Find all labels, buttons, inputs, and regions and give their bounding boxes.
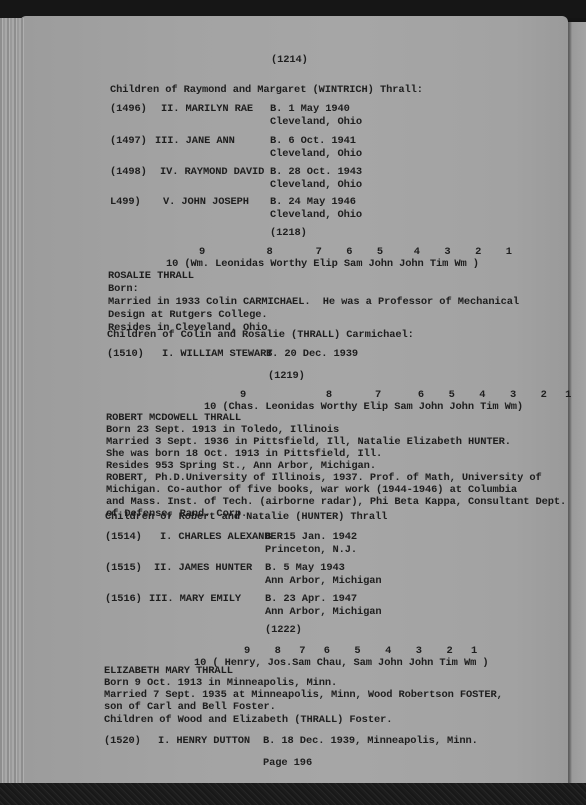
child-name: II. JAMES HUNTER (154, 562, 252, 575)
children-intro-1214: Children of Raymond and Margaret (WINTRI… (110, 84, 423, 97)
child-birth: B. 5 May 1943 (265, 562, 345, 575)
page-number: Page 196 (263, 757, 312, 770)
scan-bottom-background (0, 783, 586, 805)
book-gutter (568, 22, 586, 784)
child-place: Ann Arbor, Michigan (265, 575, 382, 588)
child-birth: B. 28 Oct. 1943 (270, 166, 362, 179)
child-name: III. MARY EMILY (149, 593, 241, 606)
section-heading-1218: (1218) (270, 227, 307, 240)
child-name: I. WILLIAM STEWART (162, 348, 272, 361)
children-intro-1219: Children of Robert and Natalie (HUNTER) … (105, 511, 387, 524)
child-number: (1516) (105, 593, 142, 606)
section-heading-1219: (1219) (268, 370, 305, 383)
child-birth: B. 20 Dec. 1939 (266, 348, 358, 361)
person-name: ROSALIE THRALL (108, 270, 194, 283)
child-place: Cleveland, Ohio (270, 116, 362, 129)
lineage-line: 10 (Wm. Leonidas Worthy Elip Sam John Jo… (166, 258, 479, 271)
section-heading-1222: (1222) (265, 624, 302, 637)
children-intro-1222: Children of Wood and Elizabeth (THRALL) … (104, 714, 392, 727)
child-birth: B. 24 May 1946 (270, 196, 356, 209)
child-place: Cleveland, Ohio (270, 209, 362, 222)
children-intro-1218: Children of Colin and Rosalie (THRALL) C… (107, 329, 414, 342)
child-place: Ann Arbor, Michigan (265, 606, 382, 619)
child-name: II. MARILYN RAE (161, 103, 253, 116)
section-heading-1214: (1214) (271, 54, 308, 67)
child-number: L499) (110, 196, 141, 209)
child-number: (1520) (104, 735, 141, 748)
child-birth: B. 18 Dec. 1939, Minneapolis, Minn. (263, 735, 478, 748)
child-birth: B. 1 May 1940 (270, 103, 350, 116)
child-birth: B. 23 Apr. 1947 (265, 593, 357, 606)
detail-line: Married in 1933 Colin CARMICHAEL. He was… (108, 296, 519, 309)
child-name: IV. RAYMOND DAVID (160, 166, 264, 179)
child-name: I. HENRY DUTTON (158, 735, 250, 748)
book-page-edges (0, 18, 24, 783)
child-number: (1498) (110, 166, 147, 179)
child-number: (1514) (105, 531, 142, 544)
child-birth: B. 15 Jan. 1942 (265, 531, 357, 544)
lineage-line: 10 ( Henry, Jos.Sam Chau, Sam John John … (194, 657, 489, 670)
child-number: (1510) (107, 348, 144, 361)
child-number: (1497) (110, 135, 147, 148)
child-place: Princeton, N.J. (265, 544, 357, 557)
detail-line: son of Carl and Bell Foster. (104, 701, 276, 714)
child-birth: B. 6 Oct. 1941 (270, 135, 356, 148)
child-name: III. JANE ANN (155, 135, 235, 148)
child-number: (1496) (110, 103, 147, 116)
child-name: V. JOHN JOSEPH (163, 196, 249, 209)
child-number: (1515) (105, 562, 142, 575)
lineage-line: 10 (Chas. Leonidas Worthy Elip Sam John … (204, 401, 523, 414)
detail-line: Design at Rutgers College. (108, 309, 268, 322)
child-place: Cleveland, Ohio (270, 148, 362, 161)
child-place: Cleveland, Ohio (270, 179, 362, 192)
detail-line: Born: (108, 283, 139, 296)
